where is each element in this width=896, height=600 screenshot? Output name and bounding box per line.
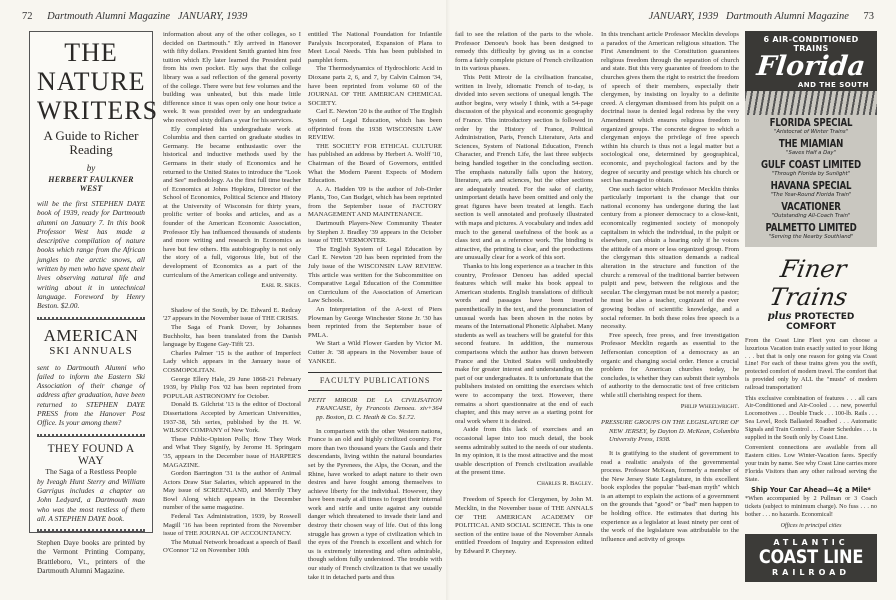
and-the-south: AND THE SOUTH xyxy=(745,81,877,89)
signature: Philip Wheelwright. xyxy=(601,403,739,412)
ornamental-rule xyxy=(37,529,145,532)
paragraph: Aside from this lack of exercises and an… xyxy=(455,426,593,478)
offices-note: Offices in principal cities xyxy=(745,523,877,529)
paragraph: Shadow of the South, by Dr. Edward E. Re… xyxy=(163,307,301,324)
coast-line-ad: 6 AIR-CONDITIONED TRAINS Florida AND THE… xyxy=(745,31,877,571)
train-slogan: "Serving the Nearby Southland" xyxy=(745,234,877,241)
ad-title-line: WRITERS xyxy=(37,96,145,125)
paragraph: It is gratifying to the student of gover… xyxy=(601,450,739,545)
page-gutter xyxy=(446,0,450,600)
column-4: In this trenchant article Professor Meck… xyxy=(601,31,739,544)
train-name: PALMETTO LIMITED xyxy=(757,222,865,234)
right-running-head: JANUARY, 1939 Dartmouth Alumni Magazine … xyxy=(649,11,874,22)
train-name: GULF COAST LIMITED xyxy=(757,159,865,171)
paragraph: Charles Palmer '15 is the author of Impe… xyxy=(163,350,301,376)
ad-author: HERBERT FAULKNER WEST xyxy=(37,175,145,193)
ad-paragraph: This exclusive combination of features .… xyxy=(745,395,877,442)
way-subtitle: The Saga of a Restless People xyxy=(37,467,145,476)
way-title: THEY FOUND A WAY xyxy=(37,443,145,467)
signature: Earl R. Sikes. xyxy=(163,282,301,291)
issue-date-right: JANUARY, 1939 xyxy=(649,11,718,22)
printer-text: Stephen Daye books are printed by the Ve… xyxy=(37,538,145,575)
ad-title-line: NATURE xyxy=(37,67,145,96)
paragraph: In comparison with the other Western nat… xyxy=(308,428,442,583)
ornamental-rule xyxy=(37,317,145,320)
signature: Charles R. Bagley. xyxy=(455,480,593,489)
florida-script: Florida xyxy=(745,53,877,81)
paragraph: Ely completed his undergraduate work at … xyxy=(163,126,301,281)
paragraph: We Start a Wild Flower Garden by Victor … xyxy=(308,340,442,366)
page-number-right: 73 xyxy=(864,11,875,22)
palm-fronds-image xyxy=(745,91,877,115)
paragraph: Gordon Barrington '31 is the author of A… xyxy=(163,470,301,513)
logo-line-3: RAILROAD xyxy=(745,568,877,577)
book-reference: PRESSURE GROUPS ON THE LEGISLATURE OF NE… xyxy=(601,419,739,445)
train-slogan: "Saves Half a Day" xyxy=(745,150,877,157)
paragraph: These Public-Opinion Polls; How They Wor… xyxy=(163,436,301,470)
train-name: HAVANA SPECIAL xyxy=(757,180,865,192)
paragraph: Free speech, free press, and free invest… xyxy=(601,332,739,401)
section-heading-faculty-publications: FACULTY PUBLICATIONS xyxy=(308,372,442,391)
train-name: VACATIONER xyxy=(757,201,865,213)
train-slogan: "Through Florida by Sunlight" xyxy=(745,171,877,178)
acl-logo: ATLANTIC COAST LINE RAILROAD xyxy=(745,534,877,582)
train-list: FLORIDA SPECIAL "Aristocrat of Winter Tr… xyxy=(745,117,877,243)
ski-subtitle: SKI ANNUALS xyxy=(37,345,145,357)
magazine-name-left: Dartmouth Alumni Magazine xyxy=(47,11,170,22)
ski-text: sent to Dartmouth Alumni who failed to i… xyxy=(37,363,145,428)
ad-banner: 6 AIR-CONDITIONED TRAINS Florida AND THE… xyxy=(745,31,877,247)
ship-car-heading: Ship Your Car Ahead—4¢ a Mile* xyxy=(745,486,877,494)
ad-subtitle: A Guide to Richer Reading xyxy=(37,129,145,157)
ad-body: From the Coast Line Fleet you can choose… xyxy=(745,337,877,483)
ad-paragraph: Convenient connections are available fro… xyxy=(745,444,877,483)
protected-comfort-heading: plus PROTECTED COMFORT xyxy=(745,311,877,332)
ship-note: *When accompanied by 2 Pullman or 3 Coac… xyxy=(745,495,877,518)
paragraph: The Mutual Network broadcast a speech of… xyxy=(163,539,301,556)
paragraph: The Thermodynamics of Hydrochloric Acid … xyxy=(308,65,442,108)
finer-trains-script: Finer Trains xyxy=(740,255,882,311)
book-reference: PETIT MIROIR DE LA CIVILISATION FRANCAIS… xyxy=(308,397,442,423)
paragraph: George Ellery Hale, 29 June 1868-21 Febr… xyxy=(163,376,301,402)
train-slogan: "Outstanding All-Coach Train" xyxy=(745,213,877,220)
logo-line-2: COAST LINE xyxy=(755,547,867,568)
ad-header: 6 AIR-CONDITIONED TRAINS xyxy=(745,31,877,53)
issue-date-left: JANUARY, 1939 xyxy=(178,11,247,22)
column-1: information about any of the other colle… xyxy=(163,31,301,556)
paragraph: The English System of Legal Education by… xyxy=(308,246,442,306)
paragraph: Carl E. Newton '20 is the author of The … xyxy=(308,108,442,142)
train-slogan: "The Year-Round Florida Train" xyxy=(745,192,877,199)
paragraph: Donald B. Gilchrist '13 is the editor of… xyxy=(163,401,301,435)
paragraph: An Interpretation of the A-text of Piers… xyxy=(308,306,442,340)
paragraph: entitled The National Foundation for Inf… xyxy=(308,31,442,65)
way-text: by Iveagh Hunt Sterry and William Garrig… xyxy=(37,477,145,523)
train-name: THE MIAMIAN xyxy=(757,138,865,150)
ski-title: AMERICAN xyxy=(37,326,145,345)
protected-comfort: PROTECTED COMFORT xyxy=(786,312,854,332)
plus-word: plus xyxy=(768,311,792,322)
paragraph: Federal Tax Administration, 1939, by Ros… xyxy=(163,513,301,539)
column-2: entitled The National Foundation for Inf… xyxy=(308,31,442,582)
train-name: FLORIDA SPECIAL xyxy=(757,117,865,129)
ad-blurb: will be the first STEPHEN DAYE book of 1… xyxy=(37,199,145,311)
paragraph: A. A. Hadden '09 is the author of Job-Or… xyxy=(308,186,442,220)
ad-paragraph: From the Coast Line Fleet you can choose… xyxy=(745,337,877,392)
magazine-spread: 72 Dartmouth Alumni Magazine JANUARY, 19… xyxy=(0,0,896,600)
paragraph: One such factor which Professor Mecklin … xyxy=(601,186,739,332)
paragraph: fail to see the relation of the parts to… xyxy=(455,31,593,74)
stephen-daye-ad: THE NATURE WRITERS A Guide to Richer Rea… xyxy=(29,31,153,533)
paragraph: In this trenchant article Professor Meck… xyxy=(601,31,739,186)
paragraph: This Petit Miroir de la civilisation fra… xyxy=(455,74,593,263)
left-running-head: 72 Dartmouth Alumni Magazine JANUARY, 19… xyxy=(22,11,247,22)
magazine-name-right: Dartmouth Alumni Magazine xyxy=(726,11,849,22)
paragraph: Dartmouth Players-New Community Theater … xyxy=(308,220,442,246)
page-number-left: 72 xyxy=(22,11,33,22)
ad-by: by xyxy=(37,163,145,173)
paragraph: The Saga of Frank Dover, by Johannes Buc… xyxy=(163,324,301,350)
paragraph: THE SOCIETY FOR ETHICAL CULTURE has publ… xyxy=(308,143,442,186)
ad-title-line: THE xyxy=(37,38,145,67)
ornamental-rule xyxy=(37,434,145,437)
train-slogan: "Aristocrat of Winter Trains" xyxy=(745,129,877,136)
paragraph: information about any of the other colle… xyxy=(163,31,301,126)
paragraph: Freedom of Speech for Clergymen, by John… xyxy=(455,496,593,556)
column-3: fail to see the relation of the parts to… xyxy=(455,31,593,557)
paragraph: Thanks to his long experience as a teach… xyxy=(455,263,593,426)
